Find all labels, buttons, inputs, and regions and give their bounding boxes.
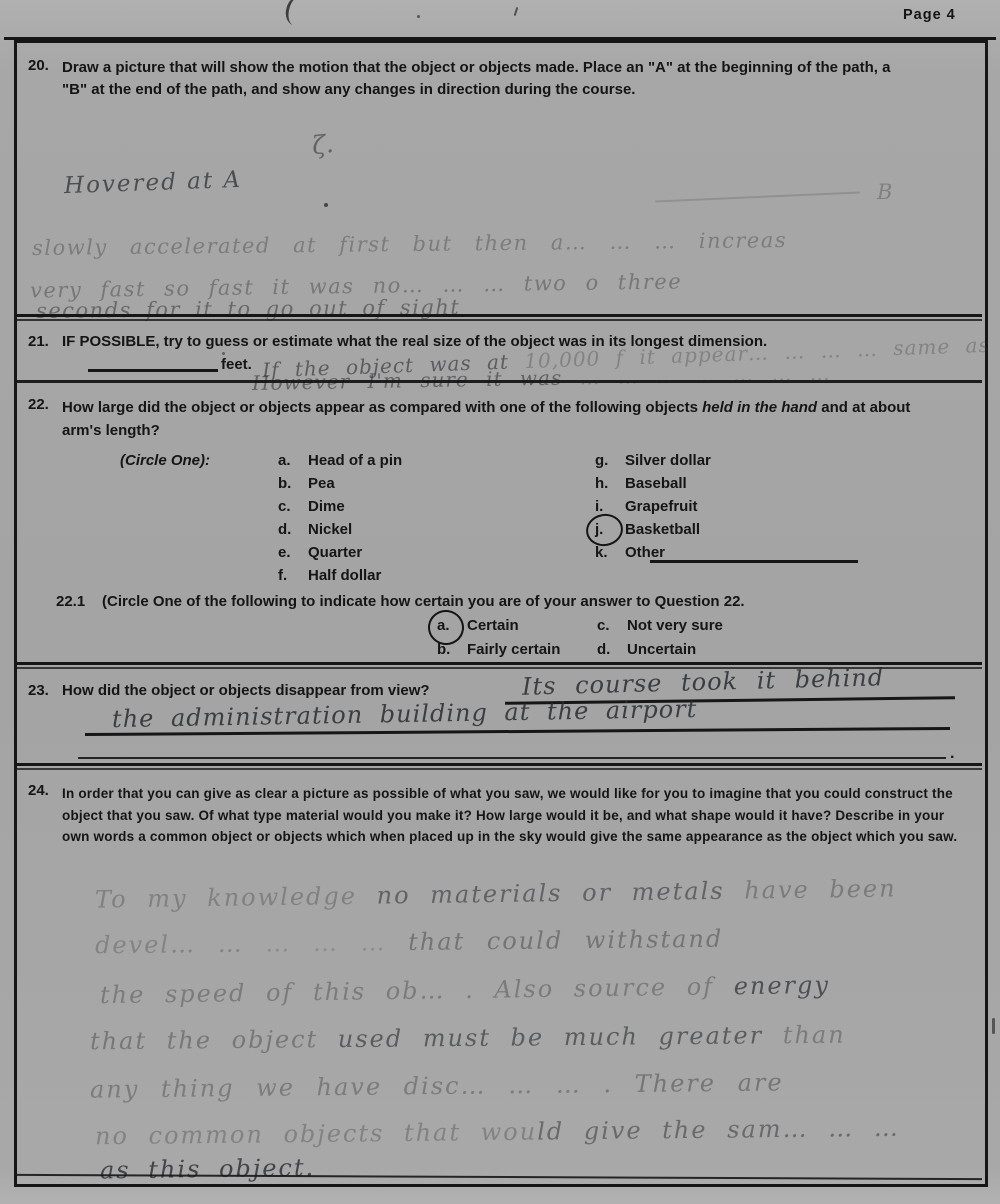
q20-number: 20. bbox=[28, 57, 49, 74]
q23-number: 23. bbox=[28, 682, 49, 699]
q22-option-h: h.Baseball bbox=[595, 475, 687, 492]
scan-artifact-dot bbox=[417, 15, 420, 18]
q22-1-option-c-letter: c. bbox=[597, 617, 627, 634]
q22-1-text: (Circle One of the following to indicate… bbox=[102, 593, 745, 610]
q22-option-j-label: Basketball bbox=[625, 521, 700, 538]
scanned-questionnaire-page: Page 4 20. Draw a picture that will show… bbox=[0, 0, 1000, 1204]
q24-l6-b: ld give the sam… … … bbox=[537, 1114, 900, 1146]
q22-circle-one-label: (Circle One): bbox=[120, 452, 210, 469]
divider-20-21-double bbox=[17, 319, 982, 321]
q22-number: 22. bbox=[28, 396, 49, 413]
q22-option-e-label: Quarter bbox=[308, 544, 362, 561]
q24-l4-c: than bbox=[783, 1021, 846, 1050]
q22-option-c-letter: c. bbox=[278, 498, 308, 515]
q22-option-a-letter: a. bbox=[278, 452, 308, 469]
q23-answer-rule-3 bbox=[78, 757, 946, 759]
q22-1-option-c-label: Not very sure bbox=[627, 617, 723, 634]
q24-l4-b: used must be much greater bbox=[338, 1021, 783, 1053]
q24-l1-c: have been bbox=[744, 874, 897, 904]
q24-l2-a: devel… … bbox=[95, 930, 266, 960]
q23-rule-period: . bbox=[950, 745, 954, 763]
q21-feet-blank-line bbox=[88, 369, 218, 372]
q23-text: How did the object or objects disappear … bbox=[62, 682, 430, 699]
divider-23-24 bbox=[17, 763, 982, 766]
q22-option-b-label: Pea bbox=[308, 475, 335, 492]
q22-option-h-label: Baseball bbox=[625, 475, 687, 492]
q22-1-option-d: d.Uncertain bbox=[597, 641, 696, 658]
q24-l2-b: … … … bbox=[265, 928, 387, 957]
q22-option-i: i.Grapefruit bbox=[595, 498, 698, 515]
q22-option-g-label: Silver dollar bbox=[625, 452, 711, 469]
q22-other-blank-line bbox=[650, 560, 858, 563]
scan-artifact-tick bbox=[514, 7, 519, 16]
q22-option-k: k.Other bbox=[595, 544, 665, 561]
q22-option-f-letter: f. bbox=[278, 567, 308, 584]
q22-1-number: 22.1 bbox=[56, 593, 85, 610]
q22-option-d-label: Nickel bbox=[308, 521, 352, 538]
q22-option-i-label: Grapefruit bbox=[625, 498, 698, 515]
q22-text-a: How large did the object or objects appe… bbox=[62, 399, 702, 416]
q24-l5-b: . There are bbox=[603, 1068, 784, 1098]
q22-option-g: g.Silver dollar bbox=[595, 452, 711, 469]
q22-option-e: e.Quarter bbox=[278, 544, 362, 561]
divider-23-24-double bbox=[17, 768, 982, 770]
q24-text: In order that you can give as clear a pi… bbox=[62, 783, 964, 848]
q22-option-i-letter: i. bbox=[595, 498, 625, 515]
q24-l7-a: as this object. bbox=[100, 1153, 316, 1184]
q22-option-b-letter: b. bbox=[278, 475, 308, 492]
q22-option-h-letter: h. bbox=[595, 475, 625, 492]
q24-l2-c: that could withstand bbox=[386, 925, 723, 957]
q22-1-option-a-label: Certain bbox=[467, 617, 519, 634]
q22-option-c: c.Dime bbox=[278, 498, 345, 515]
q24-l6-a: no common objects that wou bbox=[95, 1118, 537, 1151]
q22-option-e-letter: e. bbox=[278, 544, 308, 561]
q22-1-option-d-letter: d. bbox=[597, 641, 627, 658]
q21-number: 21. bbox=[28, 333, 49, 350]
scan-artifact-pen-curve bbox=[283, 0, 313, 28]
q22-option-a: a.Head of a pin bbox=[278, 452, 402, 469]
q24-l4-a: that the object bbox=[90, 1025, 338, 1055]
q22-option-d: d.Nickel bbox=[278, 521, 352, 538]
q20-sketch-b-label: B bbox=[877, 180, 892, 204]
q22-1-option-b-label: Fairly certain bbox=[467, 641, 560, 658]
q24-l1-b: no materials or metals bbox=[376, 877, 744, 910]
divider-20-21 bbox=[17, 314, 982, 317]
q21-feet-label: feet. bbox=[221, 356, 252, 373]
q22-option-d-letter: d. bbox=[278, 521, 308, 538]
q24-l3-b: energy bbox=[734, 971, 831, 1000]
q22-option-f: f.Half dollar bbox=[278, 567, 381, 584]
q22-1-option-c: c.Not very sure bbox=[597, 617, 723, 634]
q22-1-option-b-letter: b. bbox=[437, 641, 467, 658]
q24-answer-line7: as this object. bbox=[100, 1153, 316, 1184]
q22-option-g-letter: g. bbox=[595, 452, 625, 469]
q22-text: How large did the object or objects appe… bbox=[62, 396, 937, 442]
q22-text-italic: held in the hand bbox=[702, 399, 817, 416]
scan-artifact-dash bbox=[992, 1018, 995, 1034]
divider-21-22 bbox=[17, 380, 982, 383]
q24-l5-a: any thing we have disc… … … bbox=[90, 1070, 604, 1103]
q24-l1-a: To my knowledge bbox=[95, 882, 377, 914]
q24-number: 24. bbox=[28, 782, 49, 799]
q20-text: Draw a picture that will show the motion… bbox=[62, 57, 918, 101]
q20-sketch-flourish: ζ. bbox=[311, 129, 335, 160]
form-outer-border bbox=[14, 40, 988, 1187]
page-number: Page 4 bbox=[903, 7, 956, 23]
q22-option-f-label: Half dollar bbox=[308, 567, 381, 584]
q22-option-a-label: Head of a pin bbox=[308, 452, 402, 469]
q22-1-option-d-label: Uncertain bbox=[627, 641, 696, 658]
q22-option-k-label: Other bbox=[625, 544, 665, 561]
q22-option-c-label: Dime bbox=[308, 498, 345, 515]
q22-1-option-b: b.Fairly certain bbox=[437, 641, 560, 658]
q22-option-b: b.Pea bbox=[278, 475, 335, 492]
q22-option-k-letter: k. bbox=[595, 544, 625, 561]
q21-answer-line2-faint: … … … … … … … bbox=[579, 361, 831, 389]
